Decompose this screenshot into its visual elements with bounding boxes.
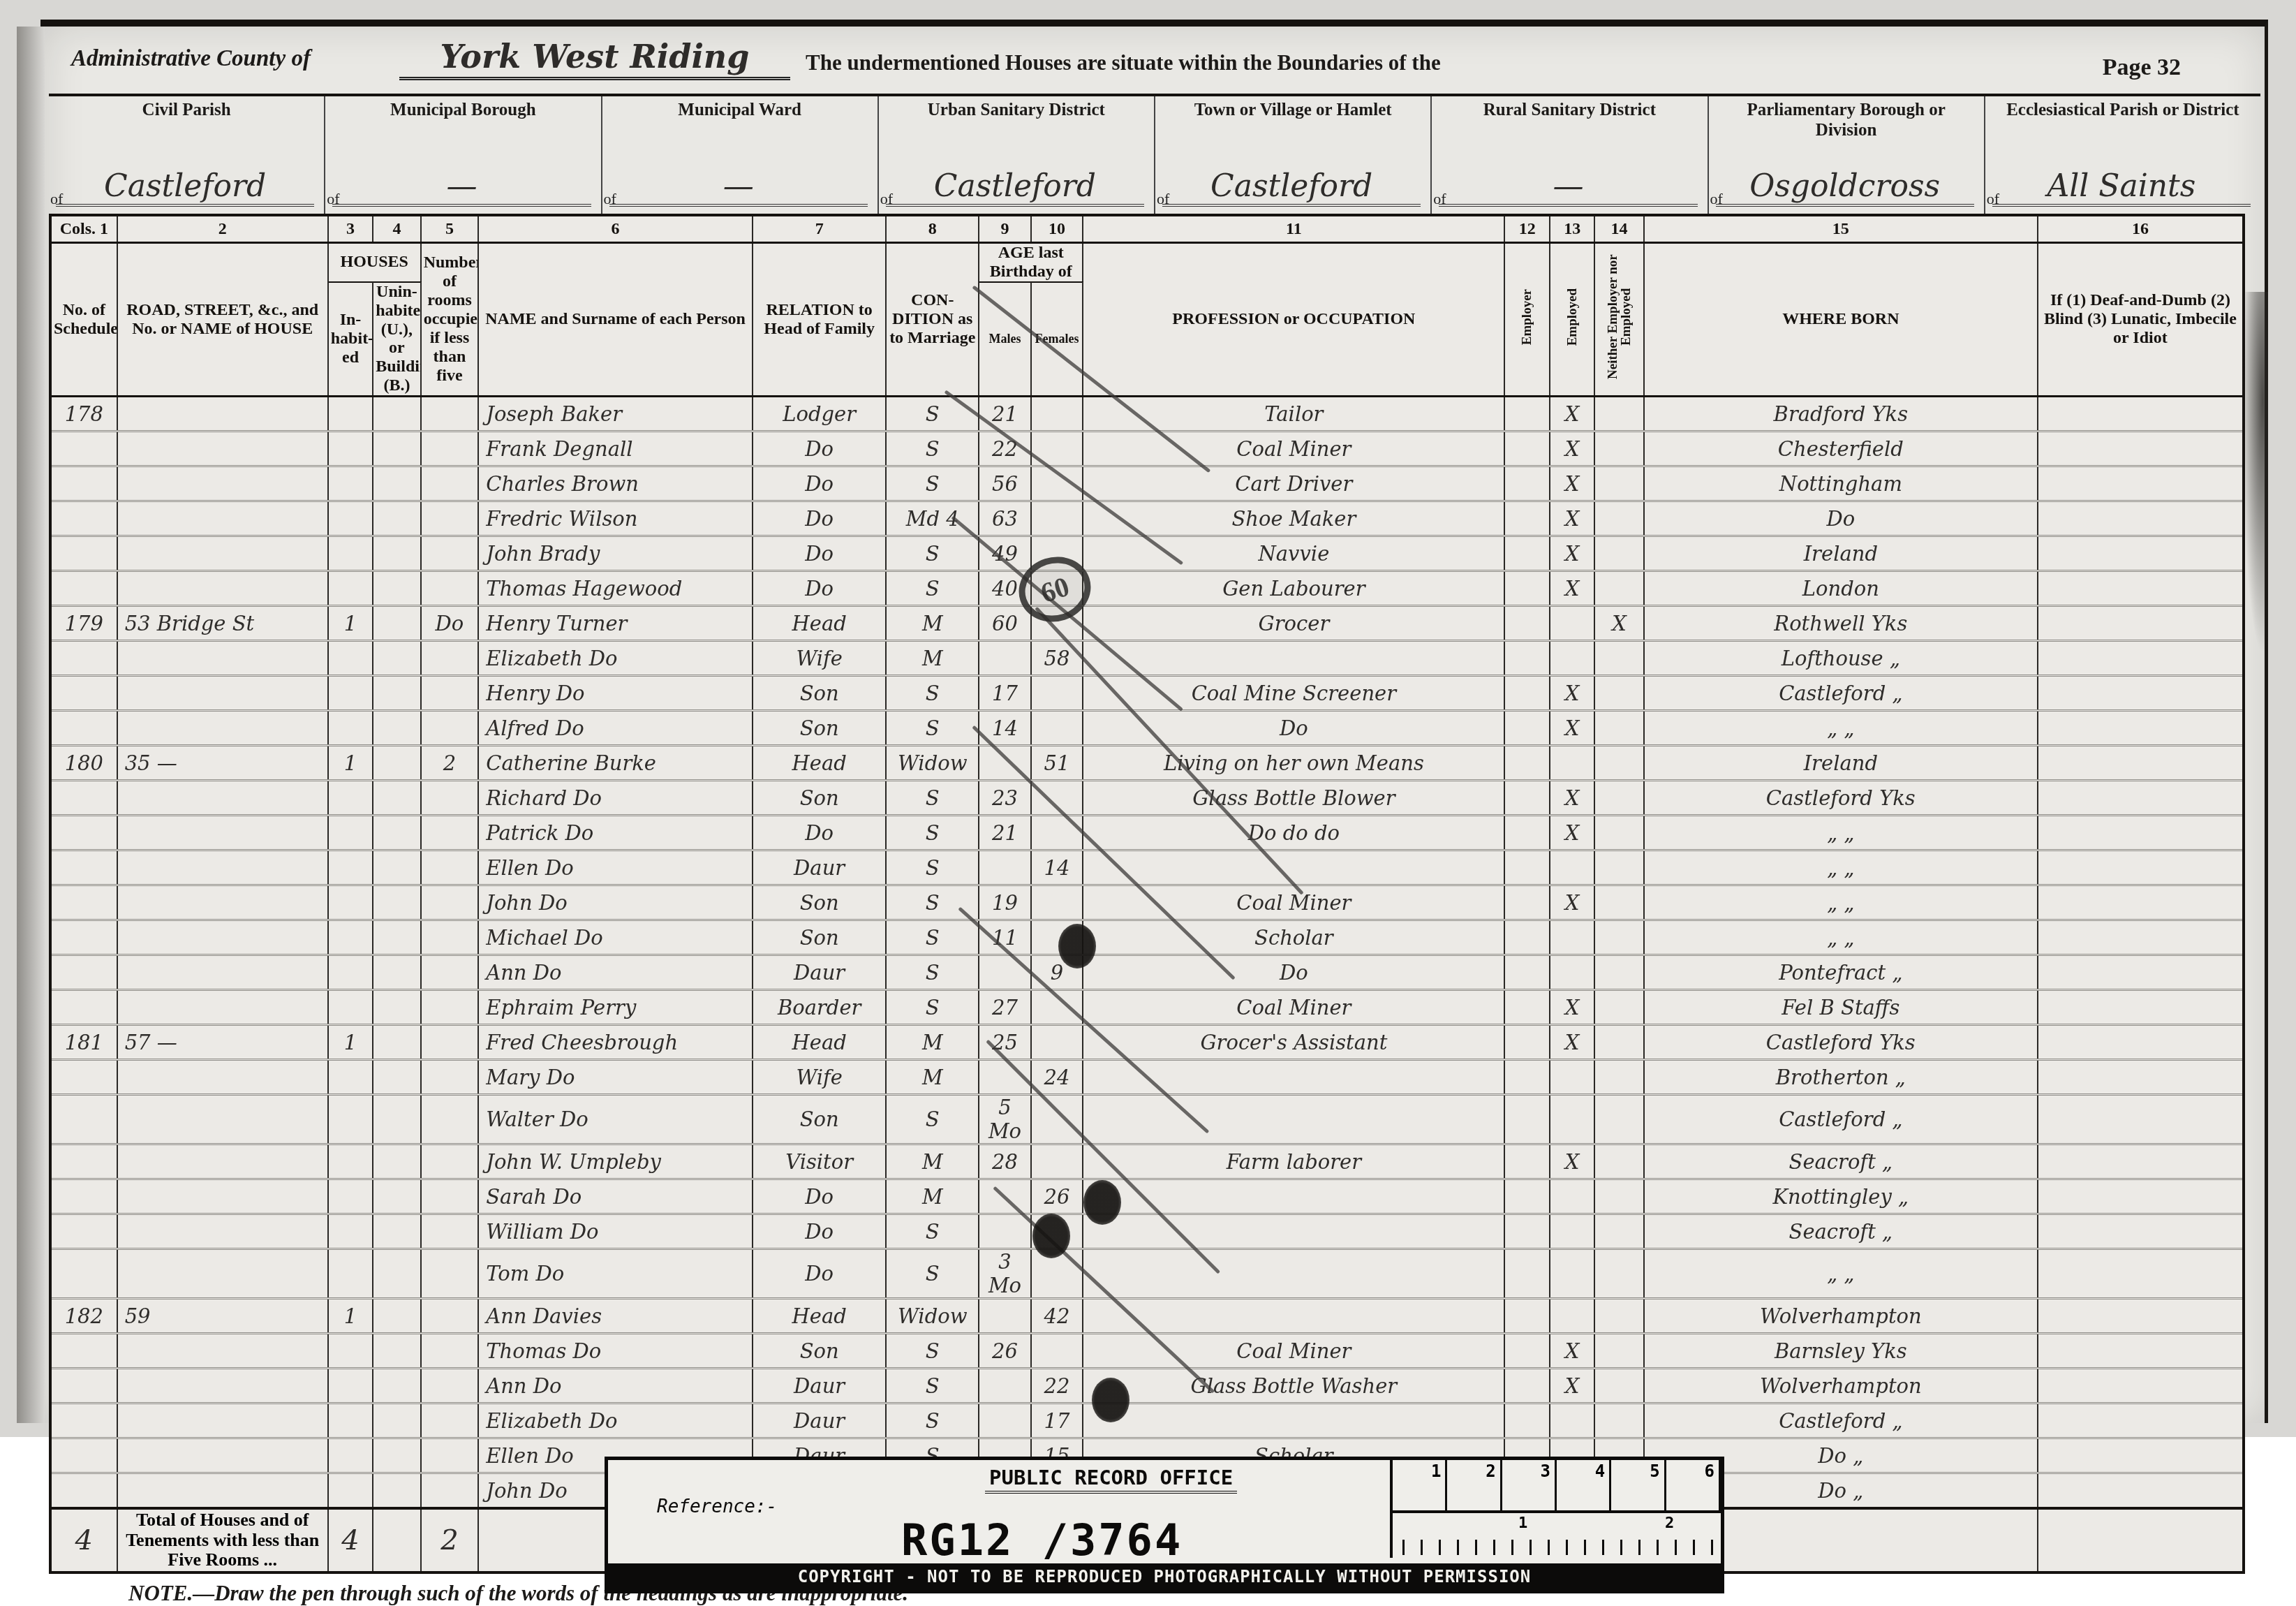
district-of-prefix: of: [1987, 190, 1999, 208]
table-row: Tom DoDoS3 Mo„ „: [50, 1249, 2244, 1299]
sch-cell: [50, 501, 117, 536]
nei-cell: [1594, 641, 1643, 676]
inh-cell: [328, 1144, 373, 1179]
name-cell: Thomas Do: [478, 1334, 753, 1369]
pro-reference-number: RG12 /3764: [901, 1515, 1183, 1566]
name-cell: Mary Do: [478, 1060, 753, 1095]
cond-cell: S: [886, 466, 979, 501]
born-cell: Rothwell Yks: [1644, 606, 2038, 641]
infirm-cell: [2038, 676, 2244, 711]
cond-cell: S: [886, 571, 979, 606]
name-cell: John Do: [478, 885, 753, 920]
cond-cell: S: [886, 1369, 979, 1404]
born-cell: Castleford Yks: [1644, 1025, 2038, 1060]
af-cell: [1031, 501, 1083, 536]
cond-cell: S: [886, 920, 979, 955]
table-row: Ann DoDaurS9DoPontefract „: [50, 955, 2244, 990]
name-cell: Henry Turner: [478, 606, 753, 641]
table-row: Thomas DoSonS26Coal MinerXBarnsley Yks: [50, 1334, 2244, 1369]
nei-cell: [1594, 571, 1643, 606]
am-cell: 14: [979, 711, 1031, 746]
district-box-3: Urban Sanitary DistrictCastlefordof: [879, 96, 1155, 214]
rooms-cell: [421, 1334, 479, 1369]
sch-cell: [50, 676, 117, 711]
road-cell: 53 Bridge St: [117, 606, 328, 641]
rel-cell: Visitor: [753, 1144, 886, 1179]
district-box-1: Municipal Borough—of: [325, 96, 602, 214]
district-of-prefix: of: [880, 190, 893, 208]
emp-cell: [1504, 1369, 1549, 1404]
pro-ruler: 123456 1 2: [1390, 1460, 1721, 1558]
cond-cell: M: [886, 1025, 979, 1060]
sch-cell: [50, 1369, 117, 1404]
cond-cell: M: [886, 1179, 979, 1214]
name-cell: Elizabeth Do: [478, 1404, 753, 1438]
born-cell: „ „: [1644, 885, 2038, 920]
rel-cell: Do: [753, 536, 886, 571]
sch-cell: [50, 1473, 117, 1509]
inh-cell: [328, 1404, 373, 1438]
ink-blob: [1058, 924, 1096, 968]
uninh-cell: [373, 1299, 420, 1334]
rooms-cell: [421, 641, 479, 676]
emp-cell: [1504, 1334, 1549, 1369]
infirm-cell: [2038, 1334, 2244, 1369]
inh-cell: [328, 1179, 373, 1214]
emp-cell: [1504, 1299, 1549, 1334]
column-number-3: 3: [328, 215, 373, 243]
district-value: —: [332, 168, 591, 207]
empd-cell: X: [1550, 1025, 1594, 1060]
rel-cell: Wife: [753, 641, 886, 676]
rooms-cell: Do: [421, 606, 479, 641]
sch-cell: [50, 816, 117, 850]
table-row: 18035 —12Catherine BurkeHeadWidow51Livin…: [50, 746, 2244, 781]
occ-cell: [1083, 1179, 1504, 1214]
am-cell: [979, 641, 1031, 676]
rooms-cell: [421, 571, 479, 606]
table-row: Frank DegnallDoS22Coal MinerXChesterfiel…: [50, 432, 2244, 466]
rooms-cell: [421, 397, 479, 432]
uninh-cell: [373, 1334, 420, 1369]
nei-cell: [1594, 1095, 1643, 1144]
born-cell: „ „: [1644, 711, 2038, 746]
district-of-prefix: of: [1433, 190, 1446, 208]
am-cell: 3 Mo: [979, 1249, 1031, 1299]
cond-cell: S: [886, 955, 979, 990]
rooms-cell: [421, 1473, 479, 1509]
empd-cell: X: [1550, 501, 1594, 536]
cond-cell: S: [886, 781, 979, 816]
district-box-2: Municipal Ward—of: [602, 96, 879, 214]
header-employed: Employed: [1550, 243, 1594, 397]
born-cell: Castleford „: [1644, 1404, 2038, 1438]
born-cell: Bradford Yks: [1644, 397, 2038, 432]
scan-smudge: [2242, 292, 2268, 655]
inh-cell: [328, 990, 373, 1025]
nei-cell: [1594, 781, 1643, 816]
occ-cell: Glass Bottle Washer: [1083, 1369, 1504, 1404]
column-number-6: 6: [478, 215, 753, 243]
cond-cell: S: [886, 885, 979, 920]
district-label: Civil Parish: [49, 101, 324, 121]
road-cell: [117, 816, 328, 850]
born-cell: Castleford Yks: [1644, 781, 2038, 816]
road-cell: [117, 397, 328, 432]
empd-cell: X: [1550, 1334, 1594, 1369]
born-cell: Barnsley Yks: [1644, 1334, 2038, 1369]
infirm-cell: [2038, 1214, 2244, 1249]
nei-cell: [1594, 1369, 1643, 1404]
name-cell: Henry Do: [478, 676, 753, 711]
am-cell: 28: [979, 1144, 1031, 1179]
road-cell: [117, 1095, 328, 1144]
am-cell: 60: [979, 606, 1031, 641]
header-schedule: No. of Schedule: [50, 243, 117, 397]
rel-cell: Do: [753, 1249, 886, 1299]
infirm-cell: [2038, 990, 2244, 1025]
road-cell: [117, 850, 328, 885]
header-rooms: Number of rooms occupied if less than fi…: [421, 243, 479, 397]
sch-cell: [50, 1404, 117, 1438]
emp-cell: [1504, 1179, 1549, 1214]
census-table: Cols. 12345678910111213141516 No. of Sch…: [49, 214, 2245, 1574]
occ-cell: Farm laborer: [1083, 1144, 1504, 1179]
inh-cell: [328, 711, 373, 746]
infirm-cell: [2038, 920, 2244, 955]
table-row: 178Joseph BakerLodgerS21TailorXBradford …: [50, 397, 2244, 432]
header-inhabited: In-habit-ed: [328, 282, 373, 397]
uninh-cell: [373, 1404, 420, 1438]
emp-cell: [1504, 746, 1549, 781]
empd-cell: X: [1550, 1144, 1594, 1179]
nei-cell: X: [1594, 606, 1643, 641]
pro-ruler-bottom: 1 2: [1393, 1513, 1721, 1555]
am-cell: 49: [979, 536, 1031, 571]
rel-cell: Do: [753, 816, 886, 850]
column-number-1: Cols. 1: [50, 215, 117, 243]
am-cell: [979, 1214, 1031, 1249]
af-cell: [1031, 1334, 1083, 1369]
born-cell: Seacroft „: [1644, 1214, 2038, 1249]
occ-cell: Grocer's Assistant: [1083, 1025, 1504, 1060]
district-box-6: Parliamentary Borough or DivisionOsgoldc…: [1709, 96, 1985, 214]
uninh-cell: [373, 711, 420, 746]
admin-county-value: York West Riding: [399, 38, 790, 80]
emp-cell: [1504, 1214, 1549, 1249]
uninh-cell: [373, 1214, 420, 1249]
sch-cell: [50, 990, 117, 1025]
table-row: Walter DoSonS5 MoCastleford „: [50, 1095, 2244, 1144]
rooms-cell: [421, 1404, 479, 1438]
empd-cell: [1550, 850, 1594, 885]
sch-cell: [50, 536, 117, 571]
table-row: Thomas HagewoodDoS40Gen LabourerXLondon: [50, 571, 2244, 606]
occ-cell: Do: [1083, 711, 1504, 746]
sch-cell: [50, 1060, 117, 1095]
name-cell: Ann Do: [478, 955, 753, 990]
empd-cell: X: [1550, 536, 1594, 571]
name-cell: Ann Davies: [478, 1299, 753, 1334]
rel-cell: Son: [753, 885, 886, 920]
inh-cell: [328, 466, 373, 501]
emp-cell: [1504, 1095, 1549, 1144]
census-rows: 178Joseph BakerLodgerS21TailorXBradford …: [50, 397, 2244, 1509]
name-cell: Alfred Do: [478, 711, 753, 746]
infirm-cell: [2038, 816, 2244, 850]
born-cell: Castleford „: [1644, 676, 2038, 711]
sch-cell: [50, 850, 117, 885]
nei-cell: [1594, 1144, 1643, 1179]
road-cell: 59: [117, 1299, 328, 1334]
am-cell: [979, 955, 1031, 990]
nei-cell: [1594, 746, 1643, 781]
am-cell: 19: [979, 885, 1031, 920]
district-of-prefix: of: [604, 190, 616, 208]
road-cell: [117, 1214, 328, 1249]
af-cell: 26: [1031, 1179, 1083, 1214]
am-cell: 5 Mo: [979, 1095, 1031, 1144]
am-cell: 21: [979, 816, 1031, 850]
empd-cell: X: [1550, 676, 1594, 711]
header-relation: RELATION to Head of Family: [753, 243, 886, 397]
uninh-cell: [373, 990, 420, 1025]
rel-cell: Daur: [753, 1369, 886, 1404]
nei-cell: [1594, 885, 1643, 920]
occ-cell: Tailor: [1083, 397, 1504, 432]
inh-cell: [328, 850, 373, 885]
cond-cell: S: [886, 676, 979, 711]
table-row: Richard DoSonS23Glass Bottle BlowerXCast…: [50, 781, 2244, 816]
rooms-cell: [421, 1095, 479, 1144]
infirm-cell: [2038, 1438, 2244, 1473]
district-of-prefix: of: [50, 190, 63, 208]
occ-cell: Coal Mine Screener: [1083, 676, 1504, 711]
scanned-sheet: Administrative County of York West Ridin…: [0, 0, 2296, 1437]
rel-cell: Daur: [753, 1404, 886, 1438]
occ-cell: [1083, 641, 1504, 676]
cond-cell: Widow: [886, 1299, 979, 1334]
district-label: Ecclesiastical Parish or District: [1985, 101, 2260, 121]
infirm-cell: [2038, 1144, 2244, 1179]
sch-cell: [50, 1179, 117, 1214]
name-cell: Frank Degnall: [478, 432, 753, 466]
column-number-7: 7: [753, 215, 886, 243]
road-cell: [117, 781, 328, 816]
infirm-cell: [2038, 885, 2244, 920]
rel-cell: Do: [753, 466, 886, 501]
rel-cell: Son: [753, 781, 886, 816]
cond-cell: M: [886, 1144, 979, 1179]
totals-houses-label: Total of Houses and of Tenements with le…: [117, 1508, 328, 1572]
road-cell: [117, 1144, 328, 1179]
nei-cell: [1594, 1299, 1643, 1334]
cond-cell: M: [886, 606, 979, 641]
occ-cell: Shoe Maker: [1083, 501, 1504, 536]
rel-cell: Head: [753, 1025, 886, 1060]
sch-cell: [50, 1214, 117, 1249]
nei-cell: [1594, 955, 1643, 990]
cond-cell: S: [886, 711, 979, 746]
am-cell: [979, 850, 1031, 885]
road-cell: 57 —: [117, 1025, 328, 1060]
name-cell: Patrick Do: [478, 816, 753, 850]
am-cell: [979, 1299, 1031, 1334]
column-number-8: 8: [886, 215, 979, 243]
inh-cell: [328, 1473, 373, 1509]
uninh-cell: [373, 746, 420, 781]
af-cell: [1031, 432, 1083, 466]
infirm-cell: [2038, 1249, 2244, 1299]
emp-cell: [1504, 711, 1549, 746]
occ-cell: Coal Miner: [1083, 432, 1504, 466]
emp-cell: [1504, 885, 1549, 920]
district-value: Castleford: [886, 168, 1144, 207]
table-row: Ellen DoDaurS14„ „: [50, 850, 2244, 885]
column-number-13: 13: [1550, 215, 1594, 243]
inh-cell: 1: [328, 1025, 373, 1060]
inh-cell: [328, 397, 373, 432]
district-label: Municipal Ward: [602, 101, 877, 121]
uninh-cell: [373, 1095, 420, 1144]
born-cell: „ „: [1644, 1249, 2038, 1299]
column-number-row: Cols. 12345678910111213141516: [50, 215, 2244, 243]
uninh-cell: [373, 1060, 420, 1095]
road-cell: [117, 711, 328, 746]
district-header-row: Civil ParishCastlefordofMunicipal Boroug…: [49, 94, 2260, 214]
inh-cell: [328, 1334, 373, 1369]
emp-cell: [1504, 850, 1549, 885]
born-cell: Nottingham: [1644, 466, 2038, 501]
sch-cell: [50, 641, 117, 676]
name-cell: Ellen Do: [478, 850, 753, 885]
cond-cell: S: [886, 1095, 979, 1144]
nei-cell: [1594, 466, 1643, 501]
uninh-cell: [373, 1144, 420, 1179]
uninh-cell: [373, 1473, 420, 1509]
district-label: Municipal Borough: [325, 101, 600, 121]
nei-cell: [1594, 1214, 1643, 1249]
column-number-4: 4: [373, 215, 420, 243]
infirm-cell: [2038, 432, 2244, 466]
header-males: Males: [979, 282, 1031, 397]
district-label: Urban Sanitary District: [879, 101, 1154, 121]
born-cell: Lofthouse „: [1644, 641, 2038, 676]
cond-cell: M: [886, 641, 979, 676]
emp-cell: [1504, 606, 1549, 641]
column-number-10: 10: [1031, 215, 1083, 243]
name-cell: Richard Do: [478, 781, 753, 816]
infirm-cell: [2038, 1025, 2244, 1060]
table-row: Charles BrownDoS56Cart DriverXNottingham: [50, 466, 2244, 501]
infirm-cell: [2038, 781, 2244, 816]
emp-cell: [1504, 641, 1549, 676]
uninh-cell: [373, 955, 420, 990]
name-cell: Fred Cheesbrough: [478, 1025, 753, 1060]
district-box-5: Rural Sanitary District—of: [1432, 96, 1708, 214]
public-record-office-stamp: PUBLIC RECORD OFFICE Reference:- RG12 /3…: [605, 1457, 1724, 1593]
af-cell: [1031, 816, 1083, 850]
born-cell: Wolverhampton: [1644, 1299, 2038, 1334]
uninh-cell: [373, 885, 420, 920]
af-cell: 58: [1031, 641, 1083, 676]
emp-cell: [1504, 397, 1549, 432]
af-cell: [1031, 1144, 1083, 1179]
occ-cell: [1083, 1060, 1504, 1095]
table-row: Alfred DoSonS14DoX„ „: [50, 711, 2244, 746]
rooms-cell: 2: [421, 746, 479, 781]
am-cell: [979, 746, 1031, 781]
cond-cell: Md 4: [886, 501, 979, 536]
af-cell: [1031, 397, 1083, 432]
sch-cell: [50, 1438, 117, 1473]
name-cell: Ephraim Perry: [478, 990, 753, 1025]
uninh-cell: [373, 920, 420, 955]
table-row: 182591Ann DaviesHeadWidow42Wolverhampton: [50, 1299, 2244, 1334]
occ-cell: [1083, 1299, 1504, 1334]
rooms-cell: [421, 1214, 479, 1249]
nei-cell: [1594, 1025, 1643, 1060]
totals-schedule: 4: [50, 1508, 117, 1572]
inh-cell: [328, 885, 373, 920]
header-uninhabited: Unin-habited (U.), or Building (B.): [373, 282, 420, 397]
empd-cell: X: [1550, 816, 1594, 850]
rooms-cell: [421, 711, 479, 746]
census-form-page: Administrative County of York West Ridin…: [40, 20, 2268, 1423]
infirm-cell: [2038, 1404, 2244, 1438]
name-cell: Ann Do: [478, 1369, 753, 1404]
born-cell: London: [1644, 571, 2038, 606]
born-cell: Wolverhampton: [1644, 1369, 2038, 1404]
nei-cell: [1594, 711, 1643, 746]
af-cell: 22: [1031, 1369, 1083, 1404]
inh-cell: [328, 641, 373, 676]
ink-blob: [1032, 1214, 1070, 1258]
inh-cell: [328, 781, 373, 816]
district-box-7: Ecclesiastical Parish or DistrictAll Sai…: [1985, 96, 2260, 214]
born-cell: Fel B Staffs: [1644, 990, 2038, 1025]
inh-cell: [328, 1095, 373, 1144]
district-value: —: [1439, 168, 1697, 207]
rooms-cell: [421, 1025, 479, 1060]
emp-cell: [1504, 955, 1549, 990]
am-cell: [979, 1369, 1031, 1404]
column-number-2: 2: [117, 215, 328, 243]
district-value: —: [609, 168, 868, 207]
emp-cell: [1504, 571, 1549, 606]
rooms-cell: [421, 676, 479, 711]
infirm-cell: [2038, 955, 2244, 990]
af-cell: 14: [1031, 850, 1083, 885]
rel-cell: Boarder: [753, 990, 886, 1025]
occ-cell: [1083, 850, 1504, 885]
inh-cell: 1: [328, 746, 373, 781]
ruler-mark: 6: [1666, 1460, 1721, 1510]
infirm-cell: [2038, 850, 2244, 885]
road-cell: [117, 885, 328, 920]
table-row: John DoSonS19Coal MinerX„ „: [50, 885, 2244, 920]
empd-cell: X: [1550, 885, 1594, 920]
emp-cell: [1504, 1144, 1549, 1179]
empd-cell: X: [1550, 397, 1594, 432]
nei-cell: [1594, 920, 1643, 955]
name-cell: John W. Umpleby: [478, 1144, 753, 1179]
column-number-16: 16: [2038, 215, 2244, 243]
emp-cell: [1504, 920, 1549, 955]
rel-cell: Son: [753, 711, 886, 746]
rel-cell: Do: [753, 1214, 886, 1249]
name-cell: Tom Do: [478, 1249, 753, 1299]
